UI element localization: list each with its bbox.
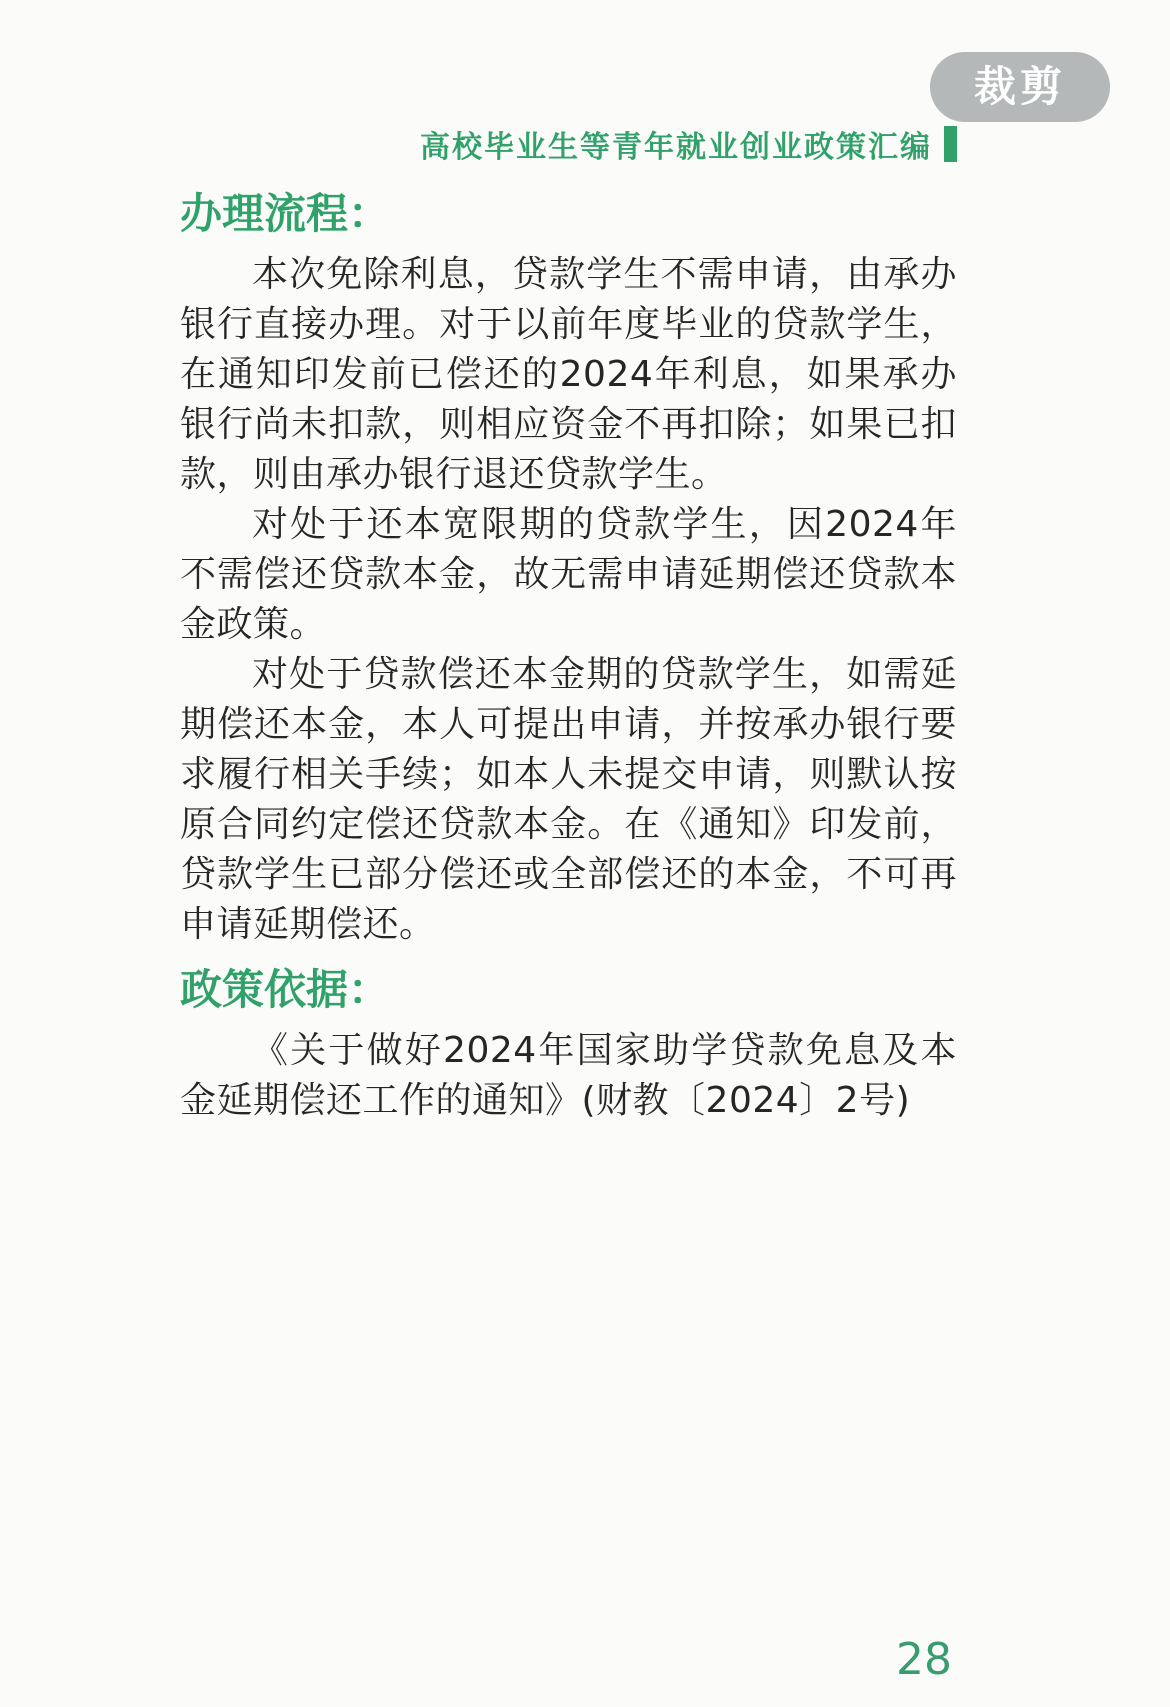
process-paragraph-2: 对处于还本宽限期的贷款学生，因2024年不需偿还贷款本金，故无需申请延期偿还贷款… bbox=[180, 500, 957, 650]
section-heading-process: 办理流程： bbox=[180, 188, 957, 240]
policy-basis-citation: 《关于做好2024年国家助学贷款免息及本金延期偿还工作的通知》(财教〔2024〕… bbox=[180, 1026, 957, 1126]
process-paragraph-3: 对处于贷款偿还本金期的贷款学生，如需延期偿还本金，本人可提出申请，并按承办银行要… bbox=[180, 650, 957, 950]
document-body: 办理流程： 本次免除利息，贷款学生不需申请，由承办银行直接办理。对于以前年度毕业… bbox=[180, 188, 957, 1126]
page-number: 28 bbox=[896, 1632, 952, 1688]
process-paragraph-1: 本次免除利息，贷款学生不需申请，由承办银行直接办理。对于以前年度毕业的贷款学生，… bbox=[180, 250, 957, 500]
crop-button[interactable]: 裁剪 bbox=[930, 52, 1110, 122]
header-accent-bar-icon bbox=[944, 126, 957, 162]
page-header: 高校毕业生等青年就业创业政策汇编 bbox=[420, 122, 957, 166]
section-heading-policy-basis: 政策依据： bbox=[180, 964, 957, 1016]
header-title: 高校毕业生等青年就业创业政策汇编 bbox=[420, 122, 932, 166]
document-page: 裁剪 高校毕业生等青年就业创业政策汇编 办理流程： 本次免除利息，贷款学生不需申… bbox=[0, 0, 1170, 1707]
